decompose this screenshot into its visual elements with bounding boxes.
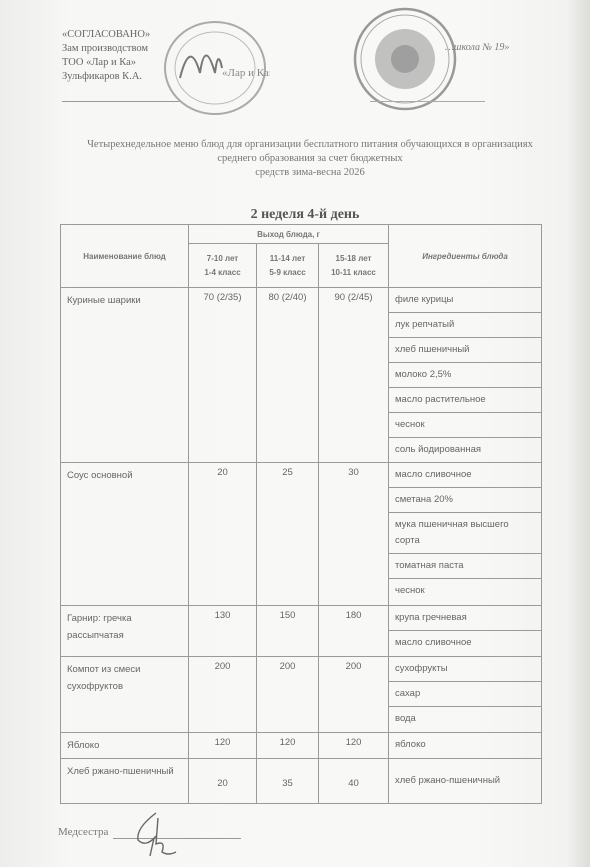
signature-icon bbox=[126, 808, 186, 858]
ingredients-cell: крупа гречневаямасло сливочное bbox=[389, 606, 542, 657]
ingredient-item: соль йодированная bbox=[389, 438, 541, 462]
table-row: Гарнир: гречка рассыпчатая130150180крупа… bbox=[61, 606, 542, 657]
dish-name: Хлеб ржано-пшеничный bbox=[61, 759, 189, 804]
portion-value: 180 bbox=[319, 606, 389, 657]
portion-value: 20 bbox=[189, 463, 257, 606]
ingredients-cell: яблоко bbox=[389, 733, 542, 759]
portion-value: 30 bbox=[319, 463, 389, 606]
approval-line: ТОО «Лар и Ка» bbox=[62, 56, 150, 70]
portion-value: 40 bbox=[319, 759, 389, 804]
ingredients-cell: масло сливочноесметана 20%мука пшеничная… bbox=[389, 463, 542, 606]
dish-name: Компот из смеси сухофруктов bbox=[61, 657, 189, 733]
title-line: Четырехнедельное меню блюд для организац… bbox=[55, 138, 565, 152]
dish-name: Яблоко bbox=[61, 733, 189, 759]
ingredient-item: томатная паста bbox=[389, 554, 541, 579]
menu-table: Наименование блюд Выход блюда, г Ингреди… bbox=[60, 224, 542, 804]
dish-name: Куриные шарики bbox=[61, 288, 189, 463]
ingredient-item: яблоко bbox=[389, 733, 541, 757]
ingredients-cell: филе курицылук репчатыйхлеб пшеничныймол… bbox=[389, 288, 542, 463]
portion-value: 120 bbox=[319, 733, 389, 759]
ingredient-item: молоко 2,5% bbox=[389, 363, 541, 388]
header-dish-name: Наименование блюд bbox=[61, 225, 189, 288]
ingredient-item: сахар bbox=[389, 682, 541, 707]
table-row: Яблоко120120120яблоко bbox=[61, 733, 542, 759]
ingredient-item: крупа гречневая bbox=[389, 606, 541, 631]
portion-value: 200 bbox=[257, 657, 319, 733]
ingredient-item: масло растительное bbox=[389, 388, 541, 413]
ingredient-item: лук репчатый bbox=[389, 313, 541, 338]
portion-value: 35 bbox=[257, 759, 319, 804]
portion-value: 120 bbox=[257, 733, 319, 759]
table-row: Соус основной202530масло сливочноесметан… bbox=[61, 463, 542, 606]
dish-name: Соус основной bbox=[61, 463, 189, 606]
table-row: Хлеб ржано-пшеничный203540хлеб ржано-пше… bbox=[61, 759, 542, 804]
ingredient-item: филе курицы bbox=[389, 288, 541, 313]
portion-value: 70 (2/35) bbox=[189, 288, 257, 463]
ingredient-item: чеснок bbox=[389, 413, 541, 438]
school-header: …школа № 19» bbox=[445, 42, 509, 53]
portion-value: 150 bbox=[257, 606, 319, 657]
table-row: Куриные шарики70 (2/35)80 (2/40)90 (2/45… bbox=[61, 288, 542, 463]
ingredients-cell: хлеб ржано-пшеничный bbox=[389, 759, 542, 804]
header-age-group: 15-18 лет10-11 класс bbox=[319, 244, 389, 288]
approval-block: «СОГЛАСОВАНО» Зам производством ТОО «Лар… bbox=[62, 28, 150, 84]
table-row: Компот из смеси сухофруктов200200200сухо… bbox=[61, 657, 542, 733]
portion-value: 80 (2/40) bbox=[257, 288, 319, 463]
company-stamp-icon: «Лар и Ка» bbox=[160, 18, 270, 118]
portion-value: 90 (2/45) bbox=[319, 288, 389, 463]
header-age-group: 11-14 лет5-9 класс bbox=[257, 244, 319, 288]
portion-value: 130 bbox=[189, 606, 257, 657]
portion-value: 120 bbox=[189, 733, 257, 759]
ingredient-item: сухофрукты bbox=[389, 657, 541, 682]
state-emblem-stamp-icon bbox=[340, 5, 470, 113]
ingredient-item: сметана 20% bbox=[389, 488, 541, 513]
portion-value: 200 bbox=[189, 657, 257, 733]
portion-value: 200 bbox=[319, 657, 389, 733]
header-output: Выход блюда, г bbox=[189, 225, 389, 244]
header-underline bbox=[370, 101, 485, 102]
approval-line: Зульфикаров К.А. bbox=[62, 70, 150, 84]
ingredient-item: хлеб пшеничный bbox=[389, 338, 541, 363]
dish-name: Гарнир: гречка рассыпчатая bbox=[61, 606, 189, 657]
svg-text:«Лар и Ка»: «Лар и Ка» bbox=[222, 67, 270, 79]
title-line: среднего образования за счет бюджетных bbox=[55, 152, 565, 166]
approval-line: Зам производством bbox=[62, 42, 150, 56]
document-page: «СОГЛАСОВАНО» Зам производством ТОО «Лар… bbox=[0, 0, 590, 867]
header-ingredients: Ингредиенты блюда bbox=[389, 225, 542, 288]
approval-line: «СОГЛАСОВАНО» bbox=[62, 28, 150, 42]
title-line: средств зима-весна 2026 bbox=[55, 166, 565, 180]
portion-value: 20 bbox=[189, 759, 257, 804]
ingredient-item: чеснок bbox=[389, 579, 541, 603]
nurse-label: Медсестра bbox=[58, 826, 108, 838]
header-age-group: 7-10 лет1-4 класс bbox=[189, 244, 257, 288]
ingredient-item: вода bbox=[389, 707, 541, 731]
ingredient-item: мука пшеничная высшего сорта bbox=[389, 513, 541, 554]
week-day-heading: 2 неделя 4-й день bbox=[55, 207, 555, 223]
ingredients-cell: сухофруктысахарвода bbox=[389, 657, 542, 733]
document-title: Четырехнедельное меню блюд для организац… bbox=[55, 138, 565, 180]
ingredient-item: масло сливочное bbox=[389, 631, 541, 655]
ingredient-item: масло сливочное bbox=[389, 463, 541, 488]
portion-value: 25 bbox=[257, 463, 319, 606]
ingredient-item: хлеб ржано-пшеничный bbox=[389, 769, 541, 793]
